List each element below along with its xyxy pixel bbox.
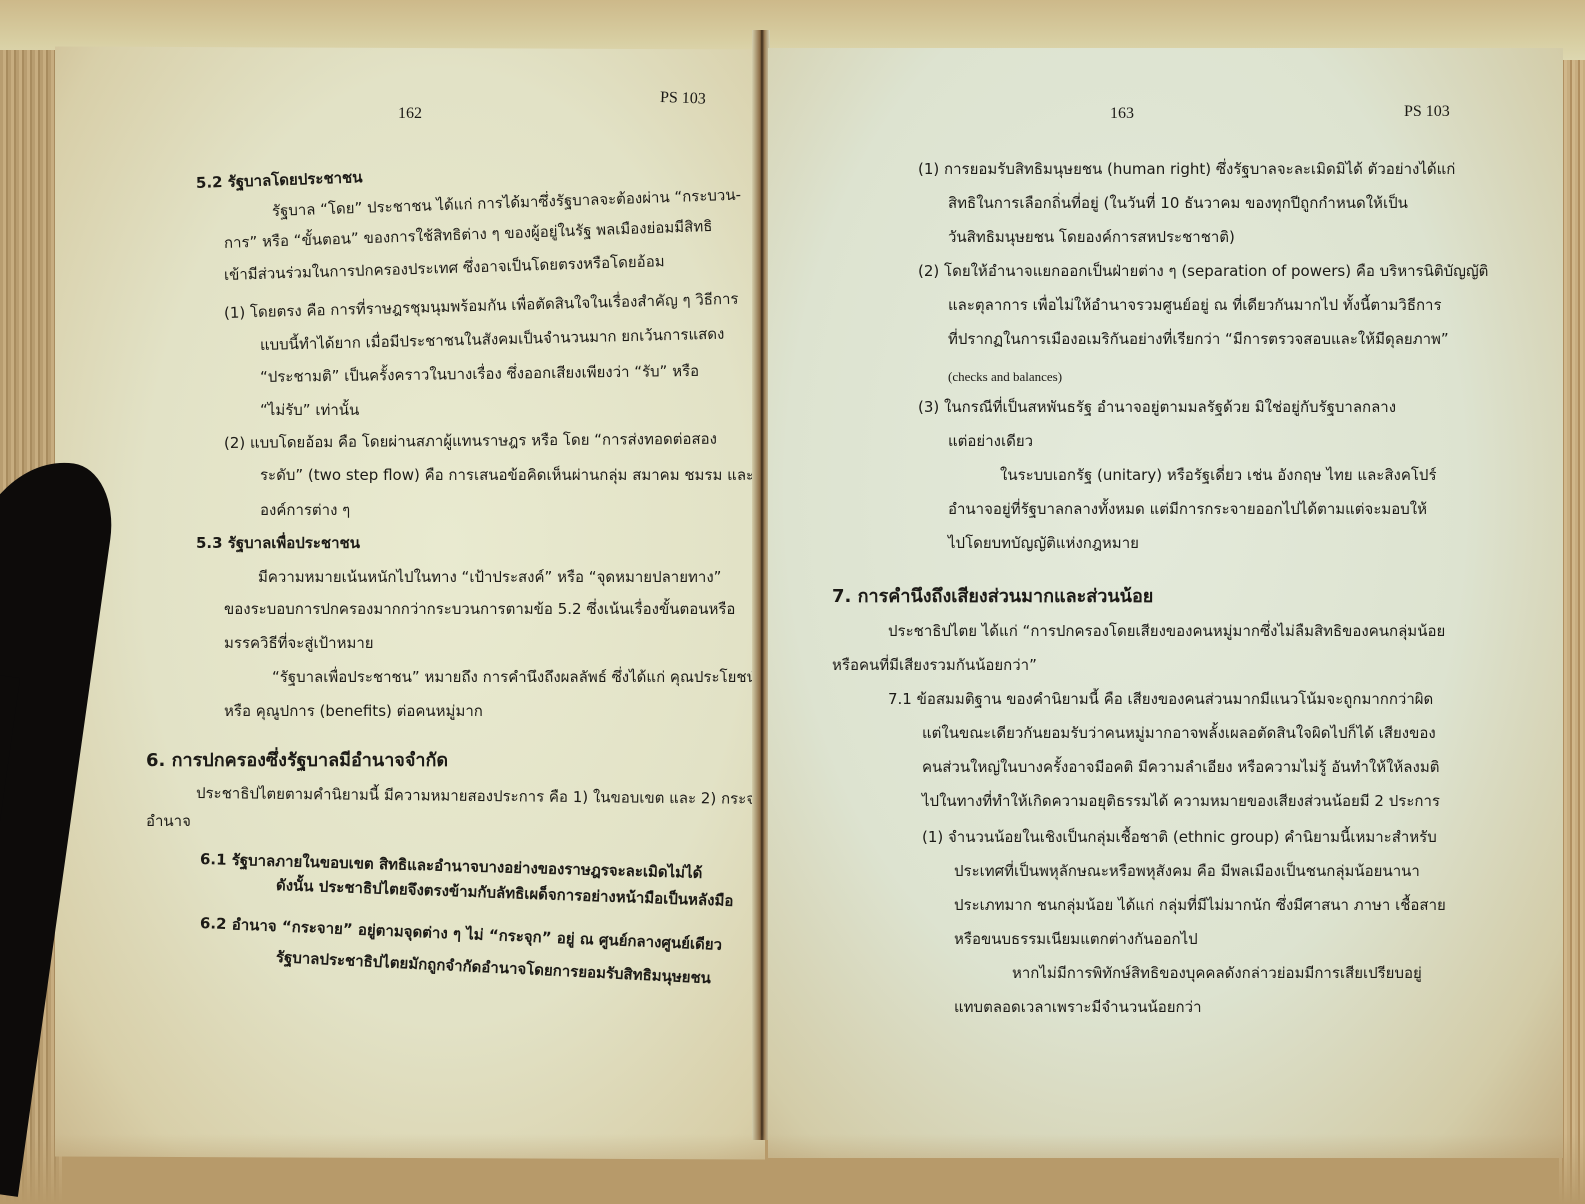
page-number: 163 <box>1110 106 1134 122</box>
paragraph-line: อำนาจ <box>146 814 191 829</box>
paragraph-line: อำนาจอยู่ที่รัฐบาลกลางทั้งหมด แต่มีการกร… <box>948 502 1427 517</box>
list-item-line: ประเภทมาก ชนกลุ่มน้อย ได้แก่ กลุ่มที่มีไ… <box>954 898 1446 913</box>
paragraph-line: ไปในทางที่ทำให้เกิดความอยุติธรรมได้ ความ… <box>922 794 1440 809</box>
list-item-line: สิทธิในการเลือกถิ่นที่อยู่ (ในวันที่ 10 … <box>948 196 1408 211</box>
paragraph-line: แทบตลอดเวลาเพราะมีจำนวนน้อยกว่า <box>954 1000 1202 1015</box>
paragraph-line: ประชาธิปไตย ได้แก่ “การปกครองโดยเสียงของ… <box>888 624 1445 639</box>
page-number: 162 <box>398 106 422 122</box>
course-code: PS 103 <box>1404 104 1450 120</box>
paragraph-line: แต่ในขณะเดียวกันยอมรับว่าคนหมู่มากอาจพลั… <box>922 726 1436 741</box>
list-item-line: (2) โดยให้อำนาจแยกออกเป็นฝ่ายต่าง ๆ (sep… <box>918 264 1488 279</box>
paragraph-line: หากไม่มีการพิทักษ์สิทธิของบุคคลดังกล่าวย… <box>1012 966 1422 981</box>
section-heading-6: 6. การปกครองซึ่งรัฐบาลมีอำนาจจำกัด <box>146 752 448 770</box>
list-item-line: ระดับ” (two step flow) คือ การเสนอข้อคิด… <box>260 468 754 483</box>
list-item-line: (1) การยอมรับสิทธิมนุษยชน (human right) … <box>918 162 1455 177</box>
list-item-line: หรือขนบธรรมเนียมแตกต่างกันออกไป <box>954 932 1198 947</box>
list-item-line: ที่ปรากฏในการเมืองอเมริกันอย่างที่เรียกว… <box>948 332 1449 347</box>
bottom-shadow <box>0 1134 1585 1204</box>
paragraph-line: “รัฐบาลเพื่อประชาชน” หมายถึง การคำนึงถึง… <box>272 670 757 685</box>
subsection-7-1: 7.1 ข้อสมมติฐาน ของคำนิยามนี้ คือ เสียงข… <box>888 692 1433 707</box>
paragraph-line: ของระบอบการปกครองมากกว่ากระบวนการตามข้อ … <box>224 602 735 617</box>
paragraph-line: หรือ คุณูปการ (benefits) ต่อคนหมู่มาก <box>224 704 483 719</box>
list-item-line: องค์การต่าง ๆ <box>260 503 350 518</box>
paragraph-line: คนส่วนใหญ่ในบางครั้งอาจมีอคติ มีความลำเอ… <box>922 760 1439 775</box>
list-item-line: วันสิทธิมนุษยชน โดยองค์การสหประชาชาติ) <box>948 230 1235 245</box>
paragraph-line: ไปโดยบทบัญญัติแห่งกฎหมาย <box>948 536 1139 551</box>
section-heading-5-3: 5.3 รัฐบาลเพื่อประชาชน <box>196 536 360 551</box>
paragraph-line: มรรควิธีที่จะสู่เป้าหมาย <box>224 636 374 651</box>
course-code: PS 103 <box>660 90 706 108</box>
list-item-line: (1) จำนวนน้อยในเชิงเป็นกลุ่มเชื้อชาติ (e… <box>922 830 1437 845</box>
list-item-line: “ไม่รับ” เท่านั้น <box>260 403 359 418</box>
list-item-line: (3) ในกรณีที่เป็นสหพันธรัฐ อำนาจอยู่ตามม… <box>918 400 1396 415</box>
paragraph-line: ในระบบเอกรัฐ (unitary) หรือรัฐเดี่ยว เช่… <box>1000 468 1437 483</box>
list-item-line: แต่อย่างเดียว <box>948 434 1033 449</box>
list-item-line: และตุลาการ เพื่อไม่ให้อำนาจรวมศูนย์อยู่ … <box>948 298 1442 313</box>
paragraph-line: หรือคนที่มีเสียงรวมกันน้อยกว่า” <box>832 658 1037 673</box>
list-item-line: ประเทศที่เป็นพหุลักษณะหรือพหุสังคม คือ ม… <box>954 864 1420 879</box>
list-item-line: (2) แบบโดยอ้อม คือ โดยผ่านสภาผู้แทนราษฎร… <box>224 432 717 451</box>
paragraph-line: มีความหมายเน้นหนักไปในทาง “เป้าประสงค์” … <box>258 570 721 585</box>
section-heading-7: 7. การคำนึงถึงเสียงส่วนมากและส่วนน้อย <box>832 588 1153 606</box>
list-item-line: (checks and balances) <box>948 370 1062 383</box>
